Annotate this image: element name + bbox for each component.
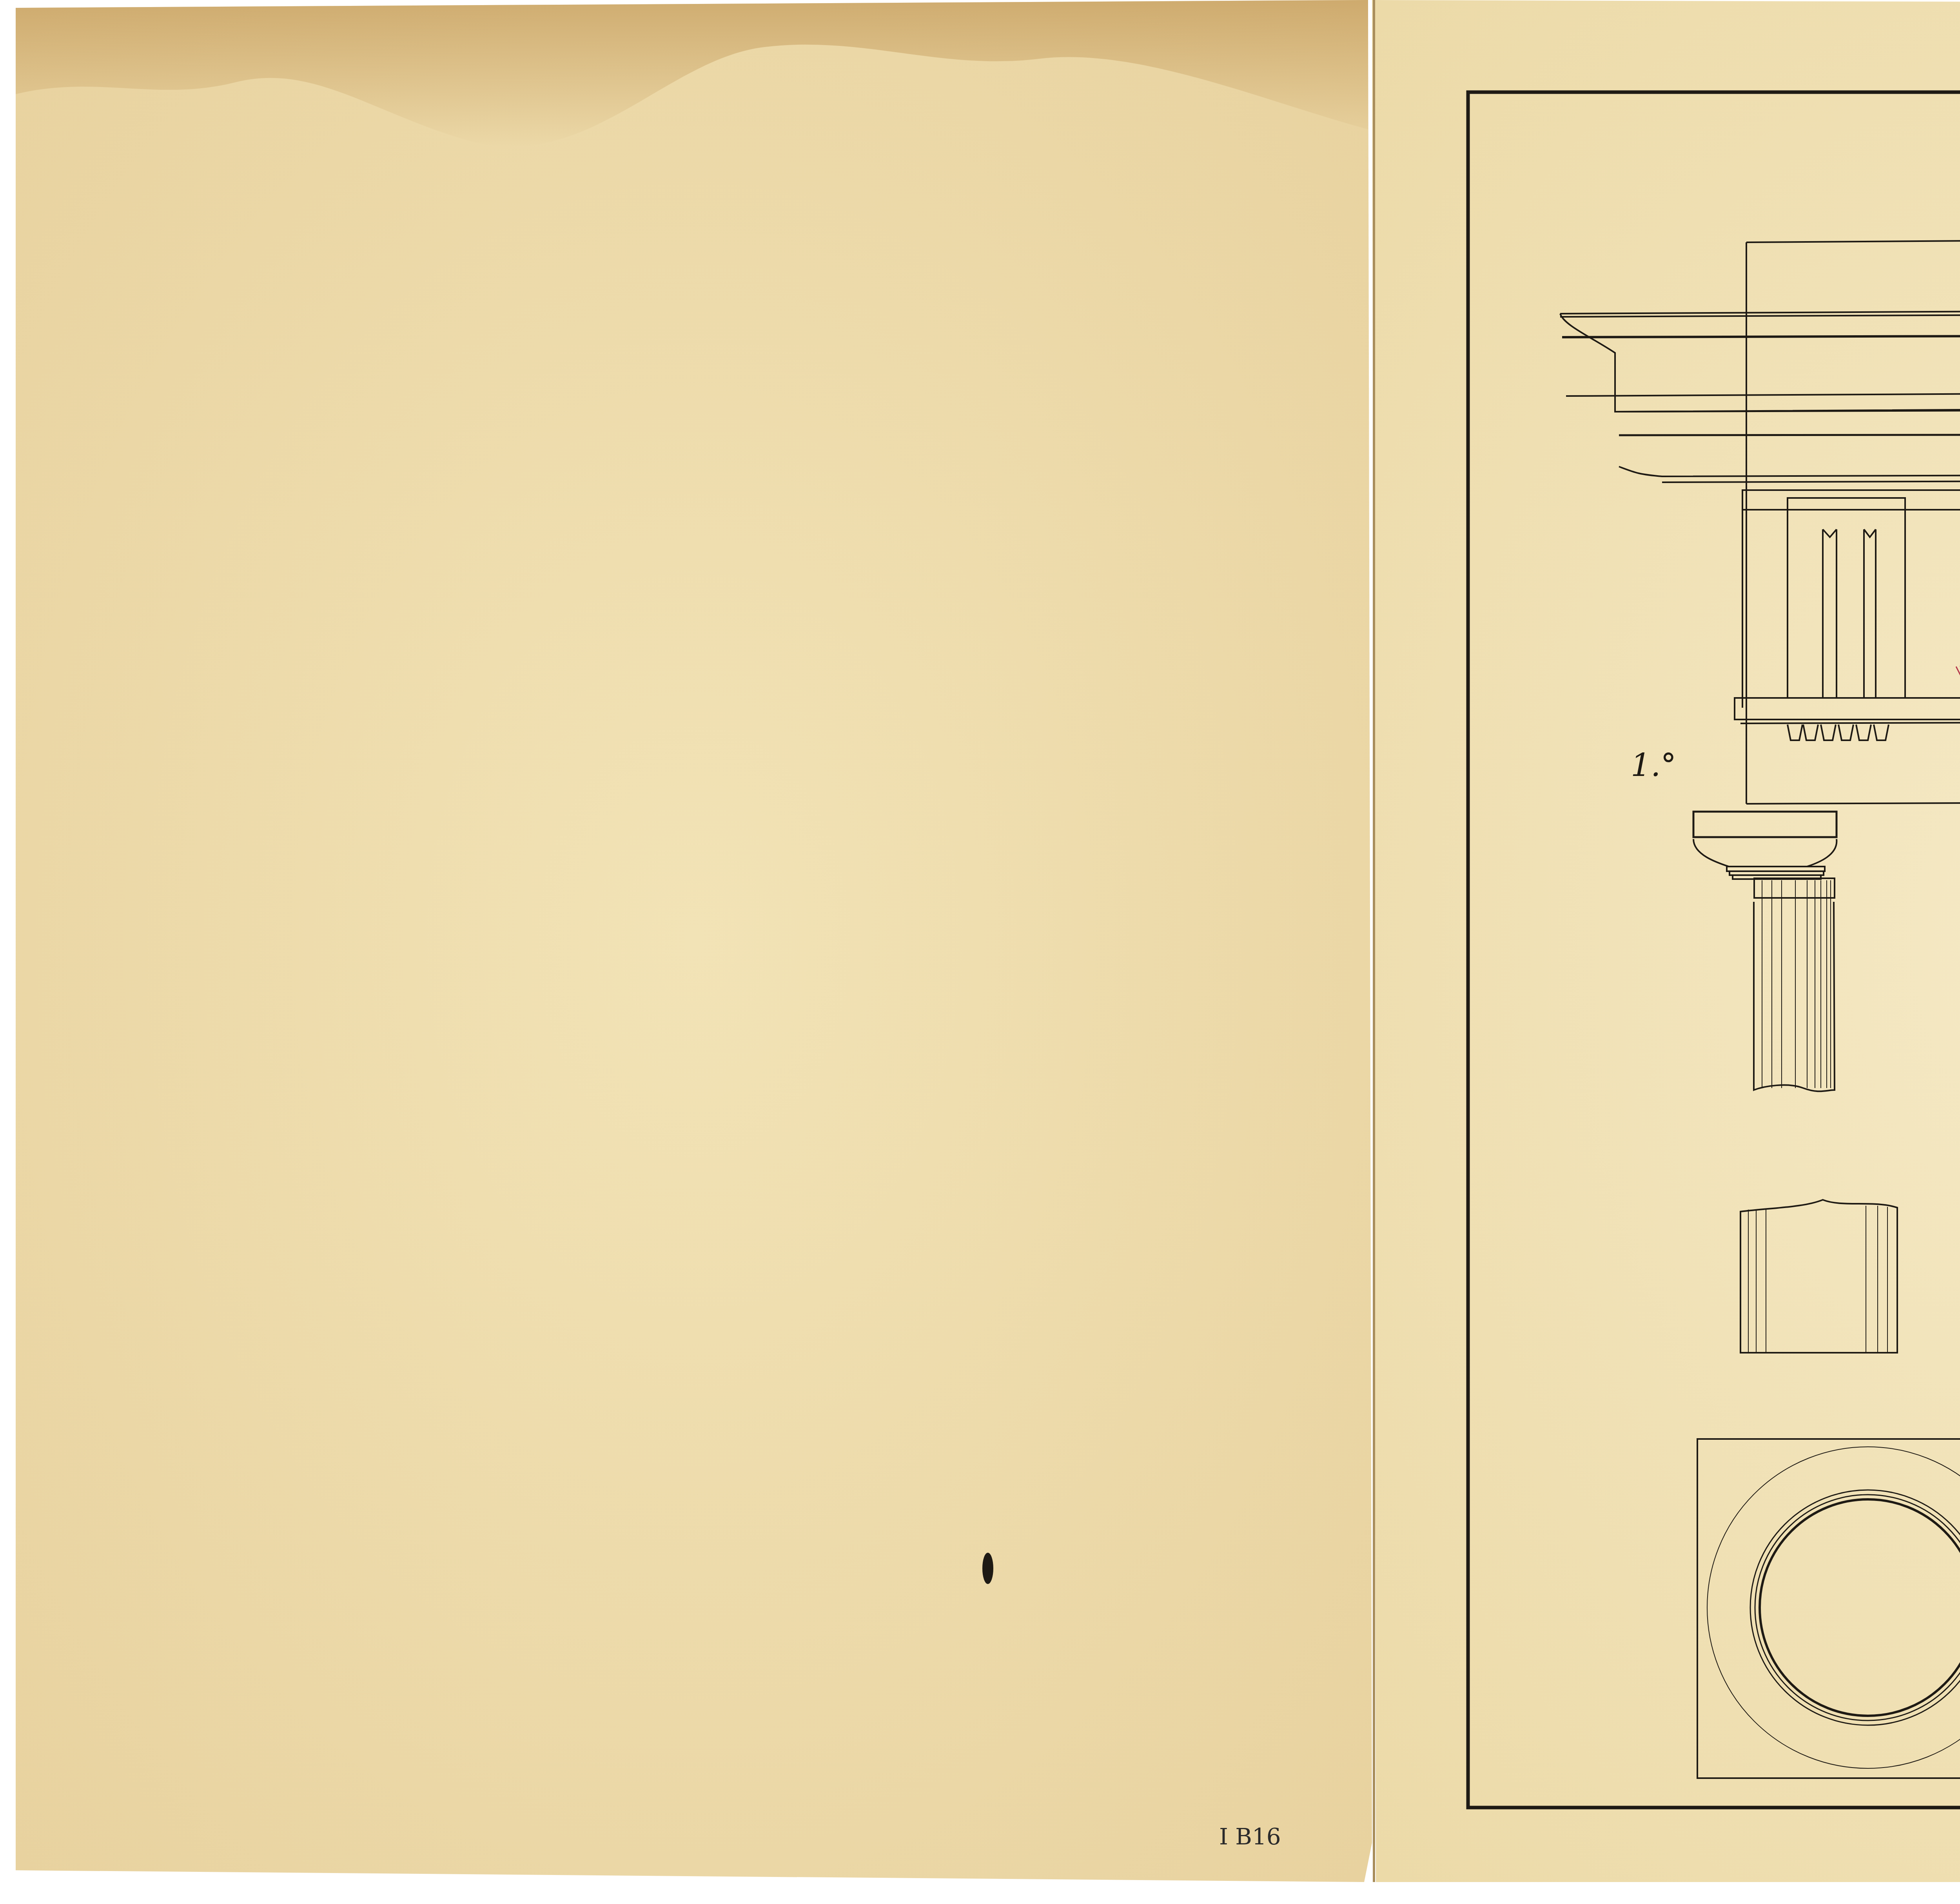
left-page <box>16 0 1390 1882</box>
drawing-canvas <box>0 0 1960 1904</box>
archive-mark: I B16 <box>1219 1823 1281 1850</box>
figure-label-1: 1.° <box>1631 747 1676 783</box>
right-page <box>1372 0 1960 1882</box>
ink-blot <box>982 1553 993 1584</box>
document-sheet: Dettagli del mercato N.° 2. 1.° Ordine D… <box>0 0 1960 1904</box>
